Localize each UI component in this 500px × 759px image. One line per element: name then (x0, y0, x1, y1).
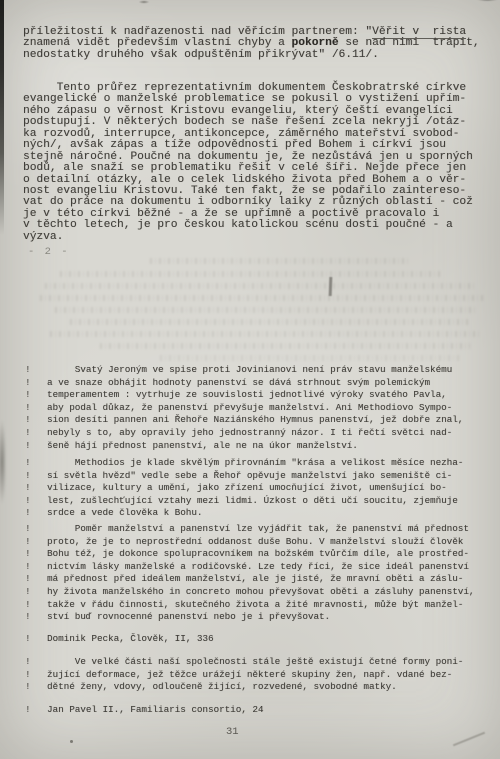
typewritten-text: výzva. (23, 232, 63, 243)
margin-exclamation-mark: ! (25, 482, 47, 495)
bleed-through-smudge (50, 331, 480, 337)
citation-pecka: Dominik Pecka, Člověk, II, 336 (47, 633, 214, 646)
typewritten-text: hy života manželského in concreto mohou … (47, 586, 474, 599)
typewritten-text: temperamentem : vytrhuje ze souvislosti … (47, 389, 447, 402)
text-line: !žující deformace, jež těžce urážejí něk… (25, 669, 463, 682)
typewritten-text: takže v řádu činnosti, skutečného života… (47, 599, 463, 612)
bleed-through-smudge (45, 283, 475, 289)
typewritten-text: žující deformace, jež těžce urážejí někt… (47, 669, 452, 682)
citation-john-paul: Jan Pavel II., Familiaris consortio, 24 (47, 704, 264, 717)
margin-exclamation-mark: ! (25, 656, 47, 669)
margin-exclamation-mark: ! (25, 573, 47, 586)
women-paragraph: ! Ve velké části naší společnosti stále … (25, 656, 463, 694)
typewritten-text: nebyly s to, aby opravily jeho jednostra… (47, 427, 452, 440)
text-line: !proto, že je to neprostřední oddanost d… (25, 536, 474, 549)
text-line: !nictvím lásky manželské a rodičovské. L… (25, 561, 474, 574)
typewritten-text: ství buď rovnocenné panenství nebo je i … (47, 611, 330, 624)
text-line: bodů, ale snaží se problematiku řešit v … (23, 163, 473, 174)
typewritten-text: Bohu též, je dokonce spolupracovníkem na… (47, 548, 469, 561)
bleed-through-smudge (150, 258, 410, 264)
typewritten-text: ných/, avšak zápas a tíže odpovědnosti p… (23, 140, 446, 151)
text-line: !Bohu též, je dokonce spolupracovníkem n… (25, 548, 474, 561)
margin-exclamation-mark: ! (25, 402, 47, 415)
text-line: nedostatky druhého však odpuštěním přikr… (23, 50, 480, 61)
margin-exclamation-mark: ! (25, 704, 47, 717)
scan-edge-topright-smudge (458, 0, 500, 8)
bleed-through-smudge (55, 307, 475, 313)
text-line: ! Dominik Pecka, Člověk, II, 336 (25, 633, 214, 646)
typewritten-text: a ve snaze obhájit hodnoty panenství se … (47, 377, 430, 390)
text-line: !srdce a vede člověka k Bohu. (25, 507, 463, 520)
margin-exclamation-mark: ! (25, 633, 47, 646)
typewritten-text: Methodios je klade skvělým přirovnáním "… (47, 457, 463, 470)
margin-exclamation-mark: ! (25, 536, 47, 549)
bleed-through-smudge (70, 319, 470, 325)
commentary-paragraph: Tento průřez reprezentativním dokumentem… (23, 83, 473, 243)
text-line: v těchto letech, je pro českou katolicko… (23, 220, 473, 231)
margin-exclamation-mark: ! (25, 561, 47, 574)
text-line: !šeně hájí přednost panenství, ale ne na… (25, 440, 463, 453)
text-line: !má přednost před ideálem manželství, al… (25, 573, 474, 586)
margin-exclamation-mark: ! (25, 414, 47, 427)
opening-quote-paragraph: příležitostí k nadřazenosti nad věřícím … (23, 27, 480, 61)
scan-edge-left-smudge (0, 412, 7, 512)
text-line: !takže v řádu činnosti, skutečného život… (25, 599, 474, 612)
typewritten-text: Svatý Jeroným ve spise proti Jovinianovi… (47, 364, 452, 377)
typewritten-text: Poměr manželství a panenství lze vyjádři… (47, 523, 469, 536)
margin-exclamation-mark: ! (25, 495, 47, 508)
scan-speck (70, 740, 73, 743)
margin-exclamation-mark: ! (25, 681, 47, 694)
margin-exclamation-mark: ! (25, 586, 47, 599)
scan-edge-topleft-corner (0, 0, 26, 7)
text-line: !sion desíti pannen ani Řehoře Naziánské… (25, 414, 463, 427)
bleed-through-smudge (60, 271, 440, 277)
typewritten-text: sí světla hvězd" vedle sebe a Řehoř opěv… (47, 470, 452, 483)
text-line: !nebyly s to, aby opravily jeho jednostr… (25, 427, 463, 440)
text-line: !sí světla hvězd" vedle sebe a Řehoř opě… (25, 470, 463, 483)
typewritten-text: bodů, ale snaží se problematiku řešit v … (23, 163, 466, 174)
page-number: 31 (226, 726, 239, 738)
margin-exclamation-mark: ! (25, 507, 47, 520)
text-line: !hy života manželského in concreto mohou… (25, 586, 474, 599)
scan-edge-left-strip (0, 0, 4, 235)
text-line: ! Svatý Jeroným ve spise proti Joviniano… (25, 364, 463, 377)
typewritten-text: sion desíti pannen ani Řehoře Naziánskéh… (47, 414, 463, 427)
methodios-paragraph: ! Methodios je klade skvělým přirovnáním… (25, 457, 463, 520)
bleed-through-smudge (100, 343, 470, 349)
margin-exclamation-mark: ! (25, 364, 47, 377)
typewritten-text: má přednost před ideálem manželství, ale… (47, 573, 463, 586)
margin-exclamation-mark: ! (25, 523, 47, 536)
faded-page-marker: - 2 - (28, 246, 70, 258)
text-line: ! Jan Pavel II., Familiaris consortio, 2… (25, 704, 264, 717)
typewritten-text: srdce a vede člověka k Bohu. (47, 507, 202, 520)
typewritten-text: dětné ženy, vdovy, odloučeně žijící, roz… (47, 681, 397, 694)
typewritten-text: v těchto letech, je pro českou katolicko… (23, 220, 453, 231)
margin-exclamation-mark: ! (25, 440, 47, 453)
margin-exclamation-mark: ! (25, 389, 47, 402)
text-line: !temperamentem : vytrhuje ze souvislosti… (25, 389, 463, 402)
typewritten-text: lest, zušlechťující vztahy mezi lidmi. Ú… (47, 495, 458, 508)
scan-bottomright-mark (453, 732, 485, 747)
citation-john-paul-row: ! Jan Pavel II., Familiaris consortio, 2… (25, 704, 264, 717)
text-line: ných/, avšak zápas a tíže odpovědnosti p… (23, 140, 473, 151)
jerome-paragraph: ! Svatý Jeroným ve spise proti Joviniano… (25, 364, 463, 452)
typewritten-text: proto, že je to neprostřední oddanost du… (47, 536, 463, 549)
typewritten-text: nictvím lásky manželské a rodičovské. Lz… (47, 561, 469, 574)
text-line: ! Ve velké části naší společnosti stále … (25, 656, 463, 669)
margin-exclamation-mark: ! (25, 669, 47, 682)
margin-exclamation-mark: ! (25, 470, 47, 483)
text-line: !a ve snaze obhájit hodnoty panenství se… (25, 377, 463, 390)
typewritten-text: vilizace, kultury a umění, jako zřízení … (47, 482, 447, 495)
margin-exclamation-mark: ! (25, 427, 47, 440)
typewritten-text: šeně hájí přednost panenství, ale ne na … (47, 440, 358, 453)
typewritten-text: Ve velké části naší společnosti stále je… (47, 656, 463, 669)
margin-exclamation-mark: ! (25, 377, 47, 390)
text-line: !lest, zušlechťující vztahy mezi lidmi. … (25, 495, 463, 508)
typewritten-text: aby podal důkaz, že panenství převyšuje … (47, 402, 452, 415)
text-line: !ství buď rovnocenné panenství nebo je i… (25, 611, 474, 624)
citation-pecka-row: ! Dominik Pecka, Člověk, II, 336 (25, 633, 214, 646)
margin-exclamation-mark: ! (25, 548, 47, 561)
bleed-through-smudge (40, 295, 485, 301)
scanned-typewritten-page: příležitostí k nadřazenosti nad věřícím … (0, 0, 500, 759)
text-line: ! Poměr manželství a panenství lze vyjád… (25, 523, 474, 536)
margin-exclamation-mark: ! (25, 599, 47, 612)
typewritten-text: nedostatky druhého však odpuštěním přikr… (23, 50, 379, 61)
text-line: !aby podal důkaz, že panenství převyšuje… (25, 402, 463, 415)
comparison-paragraph: ! Poměr manželství a panenství lze vyjád… (25, 523, 474, 624)
text-line: !dětné ženy, vdovy, odloučeně žijící, ro… (25, 681, 463, 694)
margin-exclamation-mark: ! (25, 611, 47, 624)
bleed-through-smudge (160, 355, 460, 361)
text-line: !vilizace, kultury a umění, jako zřízení… (25, 482, 463, 495)
text-line: ! Methodios je klade skvělým přirovnáním… (25, 457, 463, 470)
margin-exclamation-mark: ! (25, 457, 47, 470)
text-line: výzva. (23, 232, 473, 243)
scan-edge-top-smudge (138, 0, 150, 4)
